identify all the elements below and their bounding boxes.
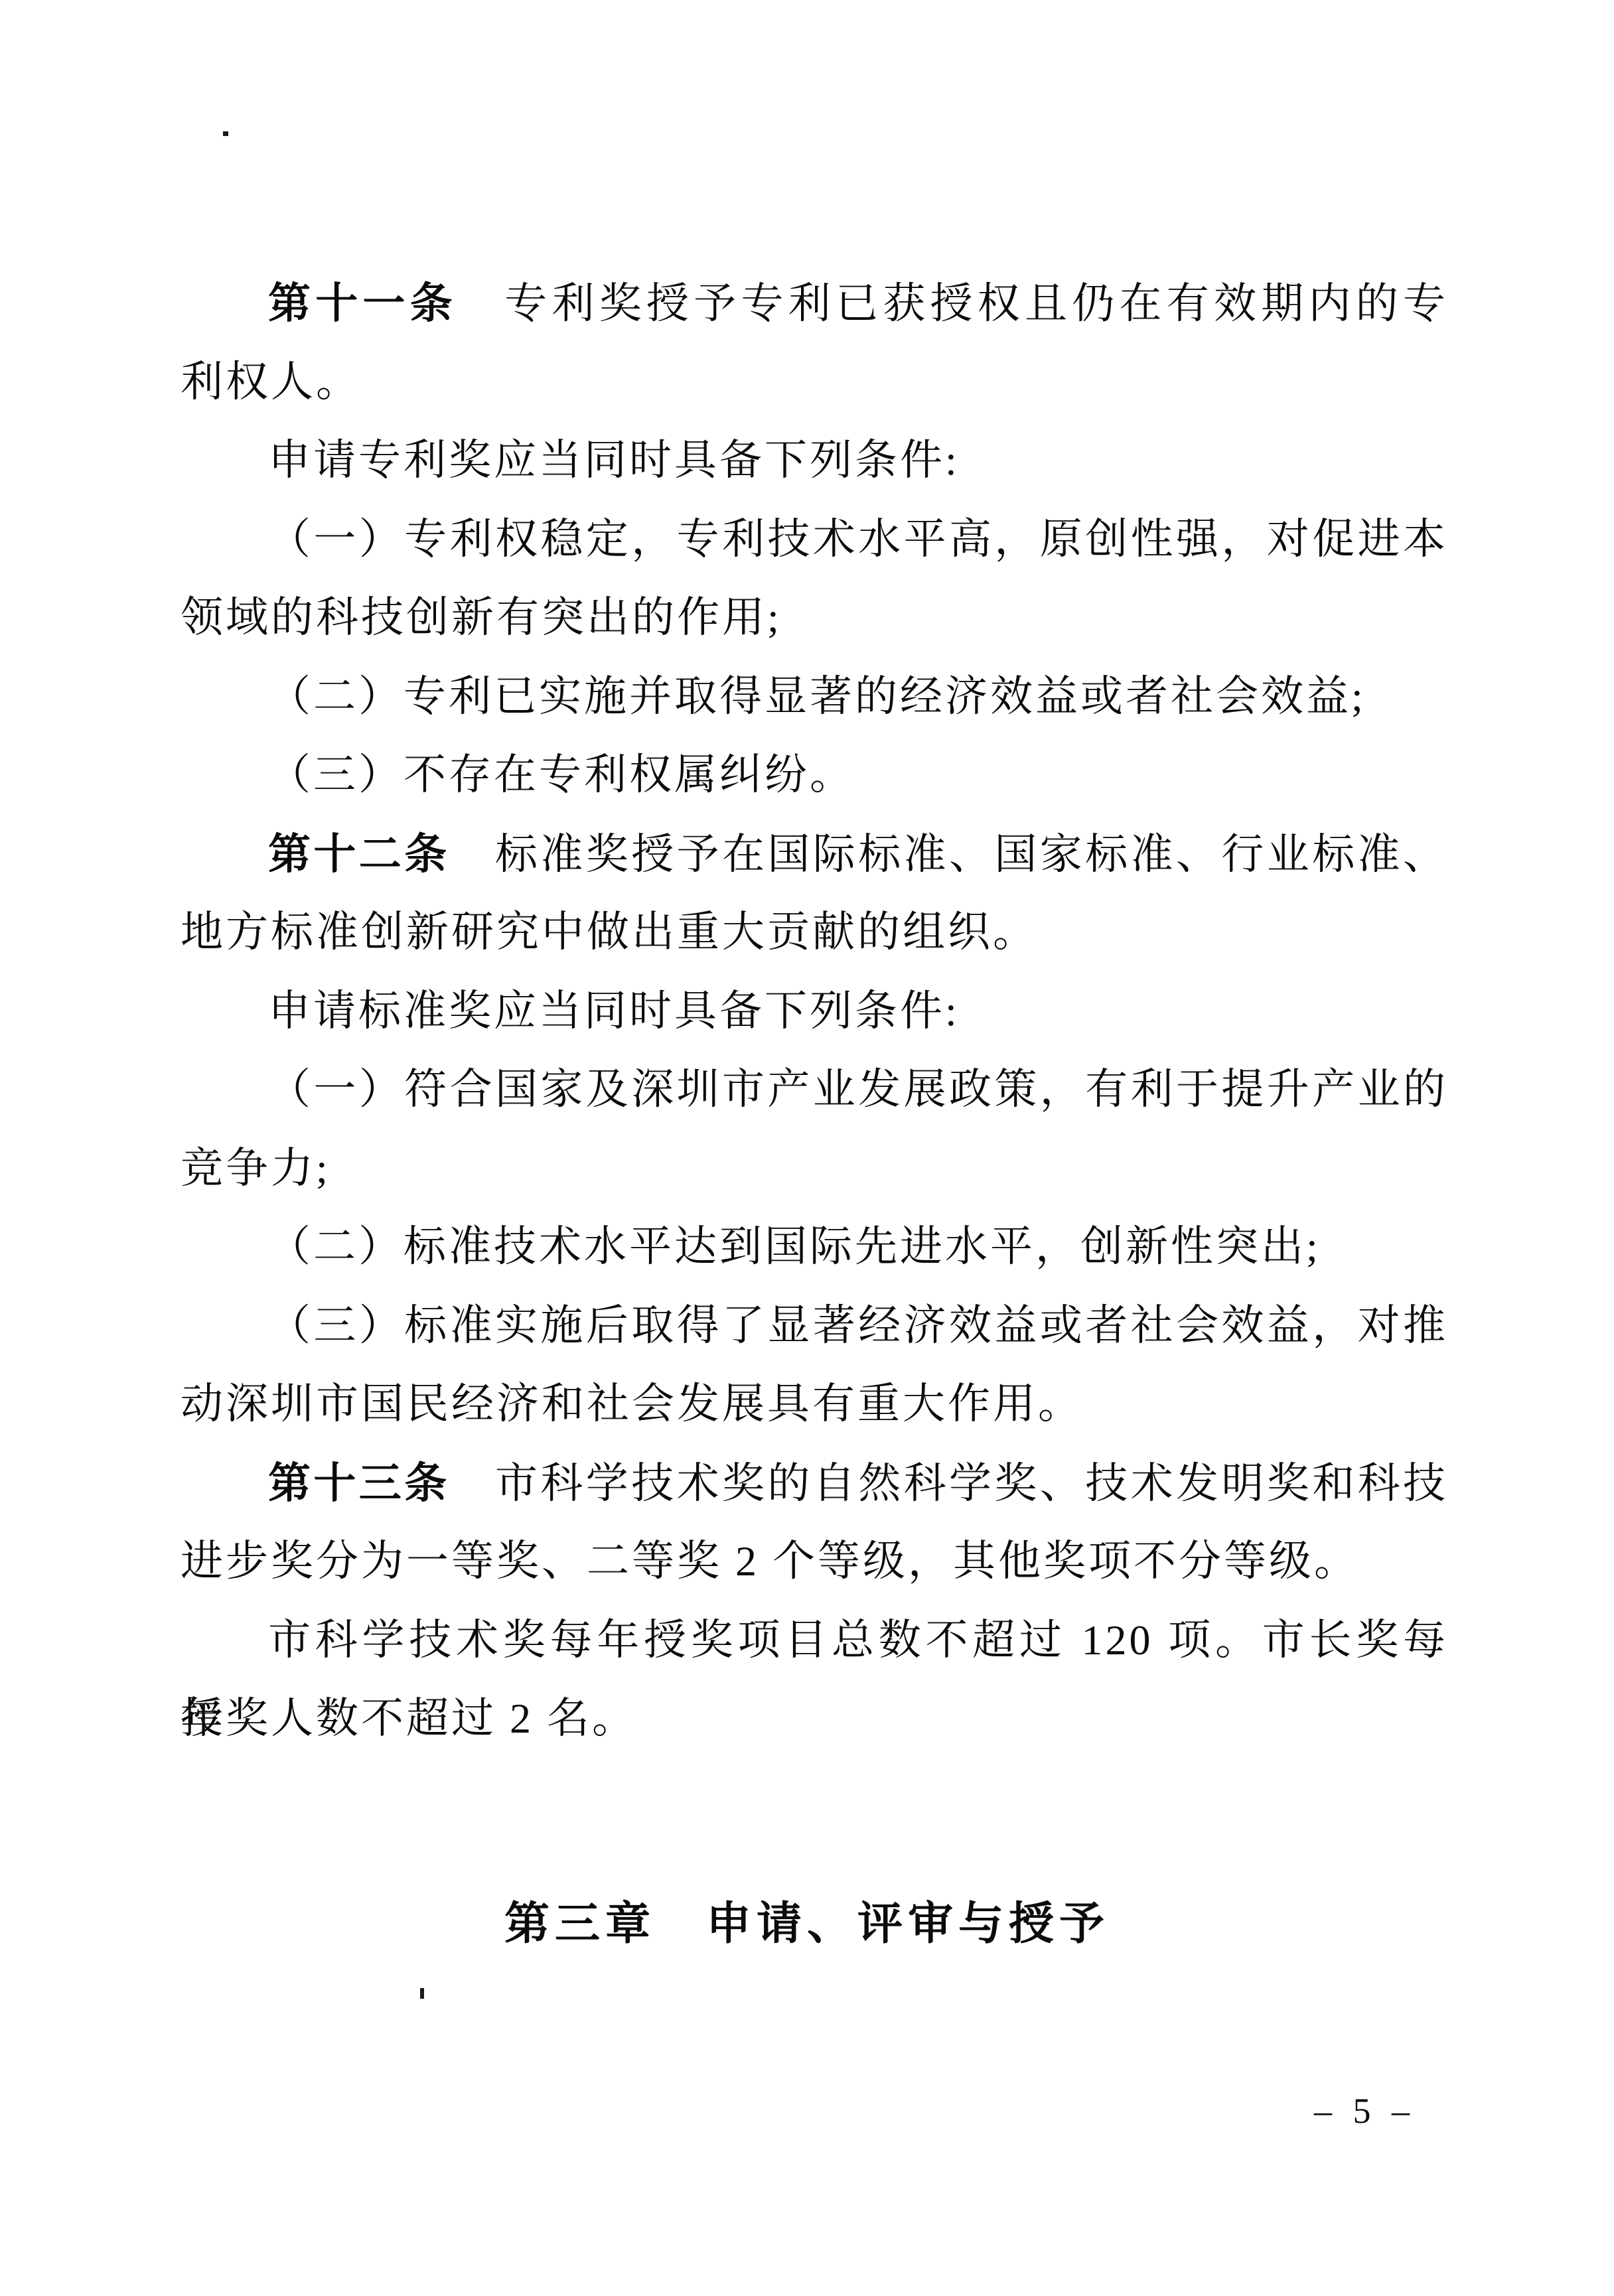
document-page: 第十一条 专利奖授予专利已获授权且仍在有效期内的专利权人。申请专利奖应当同时具备… — [0, 0, 1614, 2296]
chapter-heading: 第三章 申请、评审与授予 — [0, 1888, 1614, 1952]
text-line: （二）专利已实施并取得显著的经济效益或者社会效益; — [181, 658, 1448, 737]
text-line: 申请专利奖应当同时具备下列条件: — [181, 421, 1448, 500]
scan-artifact — [420, 1988, 424, 1999]
text-line: 进步奖分为一等奖、二等奖 2 个等级，其他奖项不分等级。 — [181, 1522, 1448, 1601]
text-line: 第十二条 标准奖授予在国际标准、国家标准、行业标准、 — [181, 815, 1448, 894]
text-line: 授奖人数不超过 2 名。 — [181, 1680, 1448, 1758]
page-number: – 5 – — [1314, 2090, 1411, 2131]
text-line: 申请标准奖应当同时具备下列条件: — [181, 972, 1448, 1051]
text-line: 动深圳市国民经济和社会发展具有重大作用。 — [181, 1365, 1448, 1444]
text-line: （二）标准技术水平达到国际先进水平，创新性突出; — [181, 1208, 1448, 1287]
text-line: 地方标准创新研究中做出重大贡献的组织。 — [181, 893, 1448, 972]
text-line: （一）专利权稳定，专利技术水平高，原创性强，对促进本 — [181, 500, 1448, 579]
text-line: （三）标准实施后取得了显著经济效益或者社会效益，对推 — [181, 1287, 1448, 1366]
article-number: 第十一条 — [268, 279, 457, 327]
scan-artifact — [223, 131, 228, 136]
text-line: （一）符合国家及深圳市产业发展政策，有利于提升产业的 — [181, 1050, 1448, 1129]
text-line: 领域的科技创新有突出的作用; — [181, 579, 1448, 658]
document-body: 第十一条 专利奖授予专利已获授权且仍在有效期内的专利权人。申请专利奖应当同时具备… — [181, 264, 1448, 1758]
text-line: 第十三条 市科学技术奖的自然科学奖、技术发明奖和科技 — [181, 1444, 1448, 1523]
text-line: 利权人。 — [181, 343, 1448, 422]
text-line: 市科学技术奖每年授奖项目总数不超过 120 项。市长奖每年 — [181, 1601, 1448, 1680]
text-line: 竞争力; — [181, 1129, 1448, 1208]
text-line: （三）不存在专利权属纠纷。 — [181, 736, 1448, 815]
text-line: 第十一条 专利奖授予专利已获授权且仍在有效期内的专 — [181, 264, 1448, 343]
article-number: 第十三条 — [268, 1459, 450, 1507]
article-number: 第十二条 — [268, 830, 450, 878]
